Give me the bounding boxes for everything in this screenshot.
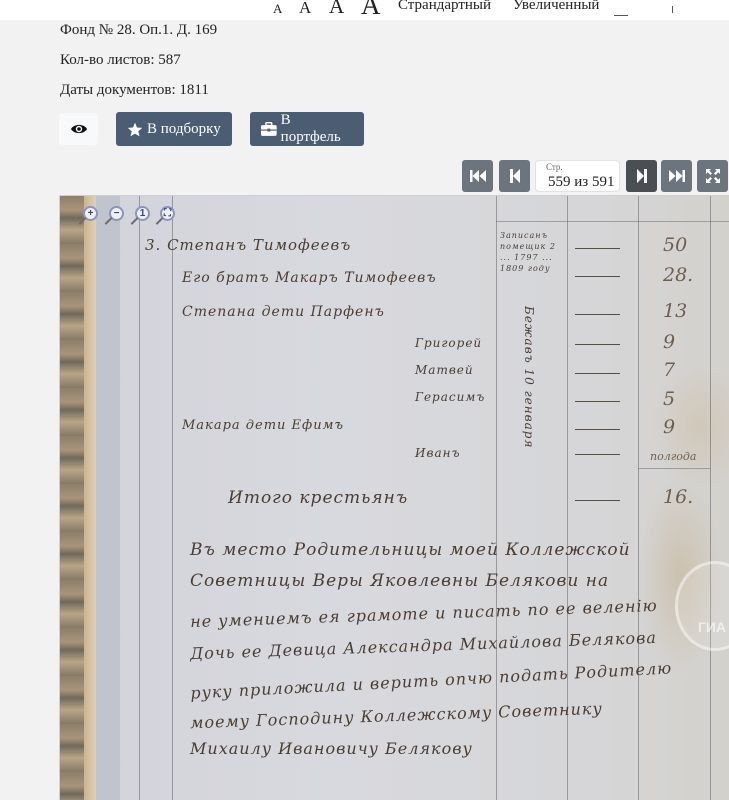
eye-icon: [70, 123, 88, 135]
page-number-input[interactable]: Стр. 559 из 591: [535, 160, 620, 192]
add-to-collection-label: В подборку: [147, 121, 221, 138]
previous-page-button[interactable]: [499, 160, 530, 192]
add-to-collection-button[interactable]: В подборку: [116, 112, 232, 146]
stamp-text: ГИА: [698, 619, 726, 635]
doc-line: не умениемъ ея грамоте и писать по ее ве…: [190, 596, 658, 631]
view-button[interactable]: [59, 113, 98, 145]
font-size-small[interactable]: A: [273, 2, 282, 15]
fond-reference: Фонд № 28. Оп.1. Д. 169: [60, 21, 217, 39]
age-value: 7: [663, 359, 675, 381]
doc-line: моему Господину Коллежскому Советнику: [190, 699, 603, 732]
page-label: Стр.: [546, 162, 563, 172]
bar-divider: [614, 15, 628, 16]
step-forward-icon: [637, 169, 647, 183]
page-value: 559 из 591: [548, 174, 614, 191]
ruling-line: [172, 196, 173, 800]
ruling-line: [710, 196, 711, 800]
doc-line: Иванъ: [415, 446, 461, 460]
doc-line: Матвей: [415, 363, 474, 377]
add-to-portfolio-button[interactable]: В портфель: [250, 112, 364, 146]
plus-icon: +: [88, 208, 94, 219]
expand-icon: [706, 169, 720, 183]
doc-line: 3. Степанъ Тимофеевъ: [145, 236, 351, 254]
doc-line: Въ место Родительницы моей Коллежской: [190, 540, 631, 560]
font-size-medium[interactable]: A: [299, 0, 311, 16]
doc-line: Итого крестьянъ: [228, 488, 408, 508]
font-size-large[interactable]: A: [329, 0, 344, 17]
ruling-line: [638, 468, 710, 469]
first-page-button[interactable]: [462, 160, 493, 192]
bar-tick: [672, 6, 673, 13]
doc-line: руку приложила и верить опчю подать Роди…: [190, 658, 673, 702]
vertical-note: Бежавъ 10 генваря: [522, 306, 536, 448]
ink-dash: [575, 314, 620, 315]
sheet-count: Кол-во листов: 587: [60, 51, 181, 69]
ink-dash: [575, 429, 620, 430]
ink-dash: [575, 401, 620, 402]
document-dates: Даты документов: 1811: [60, 81, 209, 99]
one-to-one-icon: 1: [140, 208, 146, 219]
doc-line: Степана дети Парфенъ: [182, 304, 385, 320]
doc-line: Макара дети Ефимъ: [182, 418, 344, 433]
ink-dash: [575, 454, 620, 455]
add-to-portfolio-label: В портфель: [281, 112, 353, 146]
skip-last-icon: [669, 170, 685, 182]
skip-first-icon: [470, 170, 486, 182]
doc-line: Его братъ Макаръ Тимофеевъ: [182, 270, 437, 286]
doc-line: Дочь ее Девица Александра Михайлова Беля…: [190, 628, 657, 663]
age-value: полгода: [650, 450, 696, 463]
ink-dash: [575, 344, 620, 345]
doc-line: Советницы Веры Яковлевны Белякови на: [190, 571, 609, 591]
actual-size-button[interactable]: 1: [135, 206, 150, 221]
ink-dash: [575, 373, 620, 374]
scan-page-edge: [84, 196, 96, 800]
ink-dash: [575, 276, 620, 277]
fit-icon: ⛶: [164, 208, 171, 219]
document-scan[interactable]: 3. Степанъ Тимофеевъ Его братъ Макаръ Ти…: [60, 196, 729, 800]
ink-dash: [575, 500, 620, 501]
ruling-line: [139, 196, 140, 800]
font-size-xlarge[interactable]: A: [361, 0, 381, 19]
age-value: 13: [663, 300, 687, 322]
age-value: 5: [663, 388, 675, 410]
fullscreen-button[interactable]: [697, 160, 728, 192]
mode-standard[interactable]: Страндартный: [398, 0, 491, 13]
star-icon: [127, 122, 143, 137]
age-value: 16.: [663, 486, 693, 508]
side-note: Записанъ помещик 2 ... 1797 ... 1809 год…: [500, 230, 564, 274]
scan-binding: [60, 196, 84, 800]
briefcase-icon: [261, 122, 277, 136]
age-value: 50: [663, 234, 687, 256]
doc-line: Григорей: [415, 336, 482, 350]
ink-dash: [575, 248, 620, 249]
doc-line: Герасимъ: [415, 390, 485, 404]
doc-line: Михаилу Ивановичу Белякову: [190, 739, 473, 758]
age-value: 9: [663, 416, 675, 438]
document-viewer[interactable]: 3. Степанъ Тимофеевъ Его братъ Макаръ Ти…: [59, 195, 729, 800]
ruling-line: [496, 221, 729, 222]
scan-margin: [96, 196, 120, 800]
ruling-line: [638, 196, 639, 800]
zoom-in-button[interactable]: +: [83, 206, 98, 221]
fit-to-screen-button[interactable]: ⛶: [160, 206, 175, 221]
age-value: 28.: [663, 264, 693, 286]
zoom-out-button[interactable]: −: [109, 206, 124, 221]
next-page-button[interactable]: [626, 160, 657, 192]
minus-icon: −: [114, 208, 120, 219]
accessibility-bar: A A A A Страндартный Увеличенный: [0, 0, 729, 20]
last-page-button[interactable]: [661, 160, 692, 192]
age-value: 9: [663, 331, 675, 353]
mode-enlarged[interactable]: Увеличенный: [513, 0, 599, 13]
step-back-icon: [510, 169, 520, 183]
archive-stamp: ГИА: [675, 561, 729, 651]
